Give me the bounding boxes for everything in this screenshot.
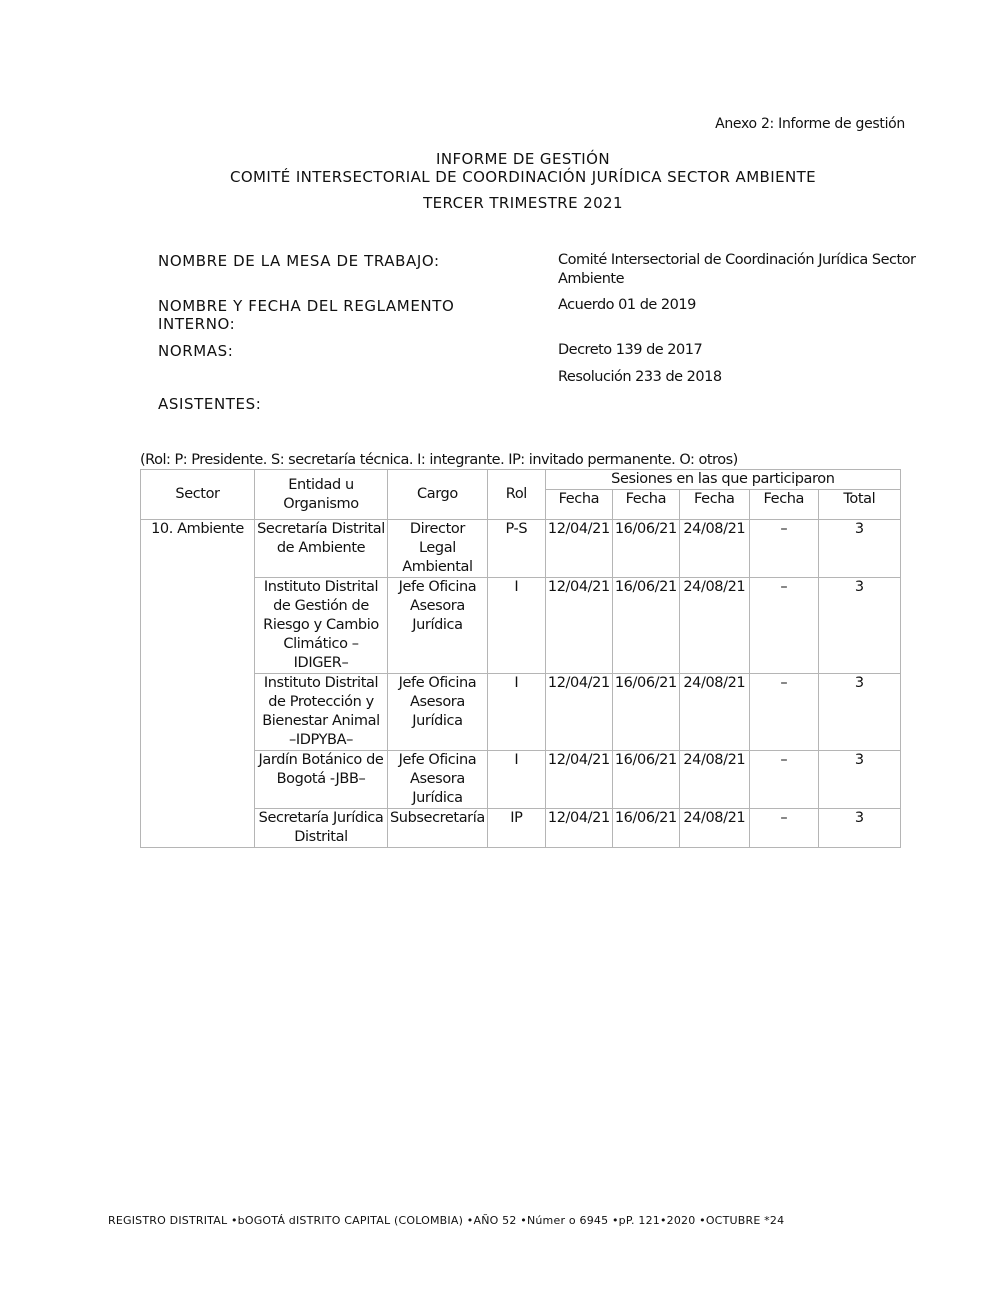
header-entidad: Entidad u Organismo — [255, 470, 388, 520]
fecha-cell: 24/08/21 — [679, 578, 749, 674]
cargo-cell: Jefe Oficina Asesora Jurídica — [388, 674, 488, 751]
fecha-cell: 12/04/21 — [545, 520, 612, 578]
total-cell: 3 — [818, 520, 900, 578]
mesa-label: NOMBRE DE LA MESA DE TRABAJO: — [158, 252, 498, 270]
report-title: INFORME DE GESTIÓN COMITÉ INTERSECTORIAL… — [0, 150, 1000, 212]
total-cell: 3 — [818, 578, 900, 674]
asistentes-label: ASISTENTES: — [158, 395, 498, 413]
header-rol: Rol — [487, 470, 545, 520]
rol-cell: I — [487, 674, 545, 751]
total-cell: 3 — [818, 809, 900, 848]
normas-value-2: Resolución 233 de 2018 — [558, 368, 928, 387]
total-cell: 3 — [818, 674, 900, 751]
table-row: Jardín Botánico de Bogotá -JBB– Jefe Ofi… — [141, 751, 901, 809]
fecha-cell: 16/06/21 — [612, 674, 679, 751]
reglamento-value: Acuerdo 01 de 2019 — [558, 296, 928, 315]
fecha-cell: 16/06/21 — [612, 809, 679, 848]
reglamento-label: NOMBRE Y FECHA DEL REGLAMENTO INTERNO: — [158, 297, 498, 333]
role-legend-note: (Rol: P: Presidente. S: secretaría técni… — [140, 452, 738, 468]
fecha-cell: 24/08/21 — [679, 809, 749, 848]
page-footer: REGISTRO DISTRITAL •bOGOTÁ dISTRITO CAPI… — [108, 1214, 784, 1227]
entidad-cell: Secretaría Distrital de Ambiente — [255, 520, 388, 578]
fecha-cell: – — [749, 578, 818, 674]
title-line-2: COMITÉ INTERSECTORIAL DE COORDINACIÓN JU… — [0, 168, 1000, 186]
sector-cell: 10. Ambiente — [141, 520, 255, 848]
normas-label: NORMAS: — [158, 342, 498, 360]
fecha-cell: 12/04/21 — [545, 751, 612, 809]
header-total: Total — [818, 490, 900, 520]
fecha-cell: 16/06/21 — [612, 520, 679, 578]
fecha-cell: – — [749, 751, 818, 809]
header-fecha-1: Fecha — [545, 490, 612, 520]
header-fecha-2: Fecha — [612, 490, 679, 520]
table-row: Instituto Distrital de Protección y Bien… — [141, 674, 901, 751]
mesa-value: Comité Intersectorial de Coordinación Ju… — [558, 251, 928, 289]
fecha-cell: – — [749, 520, 818, 578]
normas-value-1: Decreto 139 de 2017 — [558, 341, 928, 360]
fecha-cell: – — [749, 674, 818, 751]
annex-label: Anexo 2: Informe de gestión — [715, 116, 905, 132]
entidad-cell: Secretaría Jurídica Distrital — [255, 809, 388, 848]
entidad-cell: Instituto Distrital de Gestión de Riesgo… — [255, 578, 388, 674]
table-row: Secretaría Jurídica Distrital Subsecreta… — [141, 809, 901, 848]
fecha-cell: 12/04/21 — [545, 578, 612, 674]
fecha-cell: 24/08/21 — [679, 674, 749, 751]
document-page: Anexo 2: Informe de gestión INFORME DE G… — [0, 0, 1000, 1294]
header-fecha-3: Fecha — [679, 490, 749, 520]
cargo-cell: Subsecretaría — [388, 809, 488, 848]
fecha-cell: 16/06/21 — [612, 578, 679, 674]
rol-cell: P-S — [487, 520, 545, 578]
entidad-cell: Instituto Distrital de Protección y Bien… — [255, 674, 388, 751]
fecha-cell: 24/08/21 — [679, 520, 749, 578]
rol-cell: I — [487, 578, 545, 674]
rol-cell: I — [487, 751, 545, 809]
header-sessions: Sesiones en las que participaron — [545, 470, 900, 490]
header-sector: Sector — [141, 470, 255, 520]
total-cell: 3 — [818, 751, 900, 809]
header-fecha-4: Fecha — [749, 490, 818, 520]
report-period: TERCER TRIMESTRE 2021 — [0, 194, 1000, 212]
header-cargo: Cargo — [388, 470, 488, 520]
table-row: 10. Ambiente Secretaría Distrital de Amb… — [141, 520, 901, 578]
entidad-cell: Jardín Botánico de Bogotá -JBB– — [255, 751, 388, 809]
fecha-cell: 16/06/21 — [612, 751, 679, 809]
fecha-cell: 12/04/21 — [545, 674, 612, 751]
attendance-table: Sector Entidad u Organismo Cargo Rol Ses… — [140, 469, 901, 848]
cargo-cell: Jefe Oficina Asesora Jurídica — [388, 751, 488, 809]
fecha-cell: 12/04/21 — [545, 809, 612, 848]
cargo-cell: Director Legal Ambiental — [388, 520, 488, 578]
cargo-cell: Jefe Oficina Asesora Jurídica — [388, 578, 488, 674]
fecha-cell: – — [749, 809, 818, 848]
title-line-1: INFORME DE GESTIÓN — [0, 150, 1000, 168]
fecha-cell: 24/08/21 — [679, 751, 749, 809]
table-row: Instituto Distrital de Gestión de Riesgo… — [141, 578, 901, 674]
rol-cell: IP — [487, 809, 545, 848]
